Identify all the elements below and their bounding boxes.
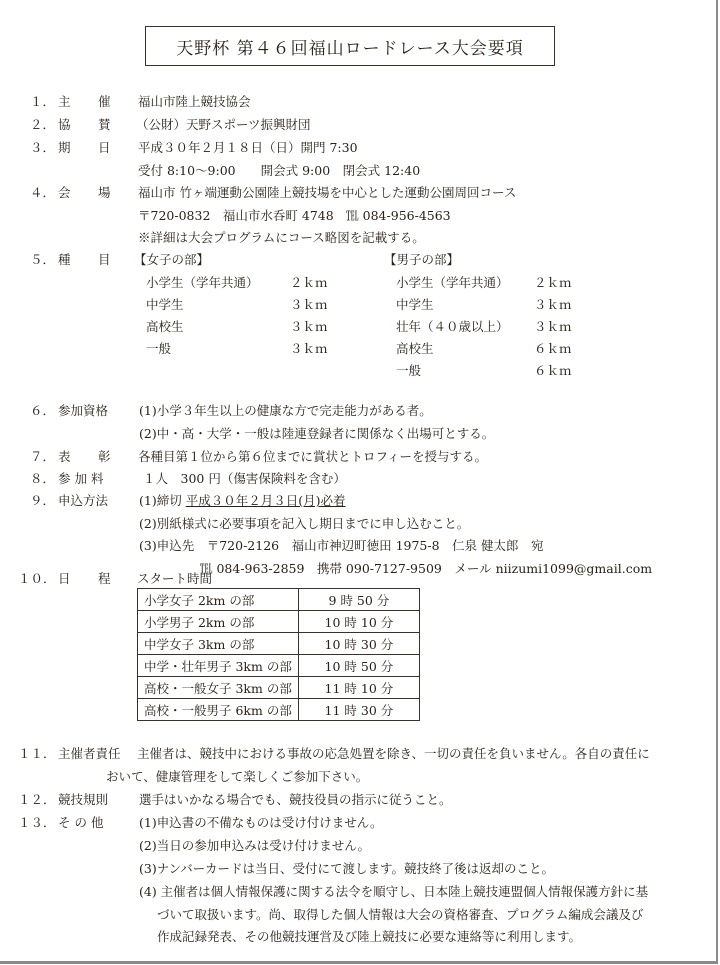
event-distance: ３ｋｍ — [534, 297, 572, 312]
section-number: ５． — [30, 252, 55, 268]
list-item: ３ｋｍ — [290, 319, 328, 335]
list-item: ２ｋｍ — [290, 275, 328, 291]
event-distance: ３ｋｍ — [290, 297, 328, 312]
event-name: 高校生 — [396, 341, 434, 356]
section-number: ３． — [30, 140, 55, 156]
table-row: 高校・一般男子 6km の部11 時 30 分 — [138, 699, 420, 721]
event-distance: ６ｋｍ — [534, 363, 572, 378]
event-name: 小学生（学年共通） — [146, 275, 259, 290]
event-distance: ２ｋｍ — [290, 275, 328, 290]
section-label: 程 — [98, 571, 111, 587]
section-label: そ の 他 — [58, 815, 103, 831]
men-header: 【男子の部】 — [384, 252, 459, 268]
list-item: ６ｋｍ — [534, 363, 572, 379]
table-cell-event: 高校・一般男子 6km の部 — [138, 699, 299, 721]
date-value: 平成３０年２月１８日（日）開門 7:30 — [138, 140, 358, 156]
title-text: 天野杯 第４６回福山ロードレース大会要項 — [176, 34, 524, 59]
list-item: 中学生 — [146, 297, 184, 313]
event-name: 一般 — [396, 363, 421, 378]
event-distance: ６ｋｍ — [534, 341, 572, 356]
section-number: ４． — [30, 185, 55, 201]
document-title: 天野杯 第４６回福山ロードレース大会要項 — [145, 26, 555, 66]
table-cell-time: 10 時 10 分 — [298, 611, 419, 633]
section-number: １． — [30, 94, 55, 110]
list-item: ３ｋｍ — [290, 297, 328, 313]
section-label: 競技規則 — [58, 792, 108, 808]
table-cell-time: 9 時 50 分 — [298, 589, 419, 611]
section-label: 種 — [58, 252, 71, 268]
eligibility-line: (1)小学３年生以上の健康な方で完走能力がある者。 — [139, 403, 432, 419]
table-row: 高校・一般女子 3km の部11 時 10 分 — [138, 677, 420, 699]
list-item: ６ｋｍ — [534, 341, 572, 357]
section-label: 協 — [58, 117, 71, 133]
event-name: 小学生（学年共通） — [396, 275, 509, 290]
section-number: １２． — [18, 792, 56, 808]
section-number: １０． — [18, 571, 56, 587]
table-cell-event: 小学女子 2km の部 — [138, 589, 299, 611]
women-header: 【女子の部】 — [134, 252, 209, 268]
liability-text: おいて、健康管理をして楽しくご参加下さい。 — [106, 769, 368, 785]
table-cell-event: 高校・一般女子 3km の部 — [138, 677, 299, 699]
section-label: 賛 — [98, 117, 111, 133]
other-note: づいて取扱います。尚、取得した個人情報は大会の資格審査、プログラム編成会議及び — [157, 907, 643, 923]
table-cell-event: 小学男子 2km の部 — [138, 611, 299, 633]
section-label: 主 — [58, 94, 71, 110]
table-cell-time: 11 時 30 分 — [298, 699, 419, 721]
page-edge — [716, 0, 718, 963]
list-item: 高校生 — [396, 341, 434, 357]
section-label: 日 — [98, 140, 111, 156]
section-number: ９． — [30, 493, 55, 509]
section-label: 場 — [98, 185, 111, 201]
event-name: 中学生 — [146, 297, 184, 312]
list-item: 一般 — [396, 363, 421, 379]
other-note: 作成記録発表、その他競技運営及び陸上競技に必要な連絡等に利用します。 — [157, 929, 581, 945]
section-label: 目 — [98, 252, 111, 268]
table-cell-event: 中学・壮年男子 3km の部 — [138, 655, 299, 677]
other-note: (2)当日の参加申込みは受け付けません。 — [139, 838, 370, 854]
sponsor-value: （公財）天野スポーツ振興財団 — [136, 117, 311, 133]
venue-address: 〒720-0832 福山市水呑町 4748 ℡ 084-956-4563 — [138, 208, 451, 224]
list-item: ３ｋｍ — [290, 341, 328, 357]
list-item: ３ｋｍ — [534, 319, 572, 335]
table-row: 小学女子 2km の部9 時 50 分 — [138, 589, 420, 611]
section-number: ７． — [30, 449, 55, 465]
event-distance: ２ｋｍ — [534, 275, 572, 290]
event-name: 中学生 — [396, 297, 434, 312]
eligibility-line: (2)中・高・大学・一般は陸連登録者に関係なく出場可とする。 — [139, 426, 494, 442]
event-name: 壮年（４０歳以上） — [396, 319, 509, 334]
section-label: 参 加 料 — [58, 471, 103, 487]
event-name: 高校生 — [146, 319, 184, 334]
list-item: 高校生 — [146, 319, 184, 335]
table-cell-time: 10 時 50 分 — [298, 655, 419, 677]
table-cell-time: 11 時 10 分 — [298, 677, 419, 699]
event-distance: ３ｋｍ — [290, 341, 328, 356]
list-item: 一般 — [146, 341, 171, 357]
awards-value: 各種目第１位から第６位までに賞状とトロフィーを授与する。 — [138, 449, 487, 465]
event-distance: ３ｋｍ — [290, 319, 328, 334]
application-address: (3)申込先 〒720-2126 福山市神辺町徳田 1975-8 仁泉 健太郎 … — [139, 538, 544, 554]
section-label: 会 — [58, 185, 71, 201]
event-name: 一般 — [146, 341, 171, 356]
other-note: (3)ナンバーカードは当日、受付にて渡します。競技終了後は返却のこと。 — [139, 861, 554, 877]
list-item: 中学生 — [396, 297, 434, 313]
section-number: １１． — [18, 746, 56, 762]
section-label: 彰 — [98, 449, 111, 465]
section-label: 催 — [98, 94, 111, 110]
table-row: 中学・壮年男子 3km の部10 時 50 分 — [138, 655, 420, 677]
other-note: (4) 主催者は個人情報保護に関する法令を順守し、日本陸上競技連盟個人情報保護方… — [139, 884, 648, 900]
section-label: 申込方法 — [58, 493, 108, 509]
section-label: 日 — [58, 571, 71, 587]
list-item: 壮年（４０歳以上） — [396, 319, 509, 335]
table-cell-event: 中学女子 3km の部 — [138, 633, 299, 655]
liability-text: 主催者は、競技中における事故の応急処置を除き、一切の責任を負いません。各自の責任… — [137, 746, 650, 762]
section-number: ８． — [30, 471, 55, 487]
venue-value: 福山市 竹ヶ端運動公園陸上競技場を中心とした運動公園周回コース — [138, 185, 516, 201]
section-label: 期 — [58, 140, 71, 156]
schedule-header: スタート時間 — [137, 571, 212, 587]
section-label: 主催者責任 — [58, 746, 121, 762]
fee-value: １人 300 円（傷害保険料を含む） — [143, 471, 346, 487]
list-item: 小学生（学年共通） — [146, 275, 259, 291]
section-label: 参加資格 — [58, 403, 108, 419]
section-number: １３． — [18, 815, 56, 831]
application-instruction: (2)別紙様式に必要事項を記入し期日までに申し込むこと。 — [139, 516, 469, 532]
list-item: ３ｋｍ — [534, 297, 572, 313]
table-cell-time: 10 時 30 分 — [298, 633, 419, 655]
table-row: 小学男子 2km の部10 時 10 分 — [138, 611, 420, 633]
event-distance: ３ｋｍ — [534, 319, 572, 334]
rules-text: 選手はいかなる場合でも、競技役員の指示に従うこと。 — [139, 792, 452, 808]
page-edge — [0, 961, 718, 964]
section-number: ２． — [30, 117, 55, 133]
section-number: ６． — [30, 403, 55, 419]
venue-note: ※詳細は大会プログラムにコース略図を記載する。 — [138, 230, 425, 246]
deadline-label: (1)締切 — [139, 493, 186, 508]
section-label: 表 — [58, 449, 71, 465]
host-value: 福山市陸上競技協会 — [138, 94, 251, 110]
reception-times: 受付 8:10～9:00 開会式 9:00 閉会式 12:40 — [138, 163, 420, 179]
application-contact: ℡ 084-963-2859 携帯 090-7127-9509 メール niiz… — [200, 561, 652, 577]
table-row: 中学女子 3km の部10 時 30 分 — [138, 633, 420, 655]
other-note: (1)申込書の不備なものは受け付けません。 — [139, 815, 382, 831]
schedule-table: 小学女子 2km の部9 時 50 分 小学男子 2km の部10 時 10 分… — [137, 588, 420, 721]
list-item: 小学生（学年共通） — [396, 275, 509, 291]
deadline-date: 平成３０年２月３日(月)必着 — [186, 493, 346, 508]
list-item: ２ｋｍ — [534, 275, 572, 291]
